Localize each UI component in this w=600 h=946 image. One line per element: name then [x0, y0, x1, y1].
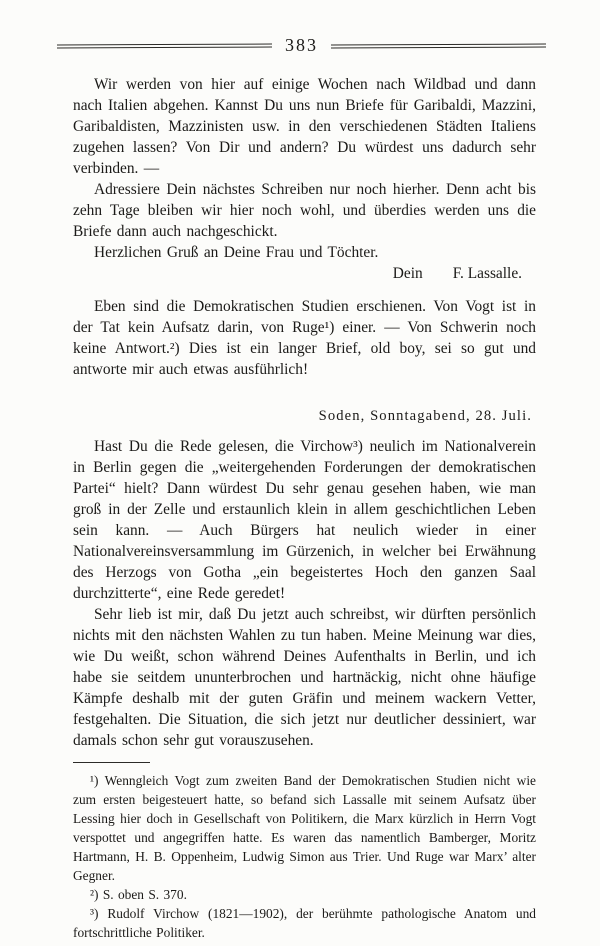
page-header: 383: [57, 36, 546, 56]
footnotes: ¹) Wenngleich Vogt zum zweiten Band der …: [73, 771, 536, 942]
footnote-separator: [73, 762, 150, 763]
dateline: Soden, Sonntagabend, 28. Juli.: [73, 406, 536, 427]
letter-text-block: Wir werden von hier auf einige Wochen na…: [73, 74, 536, 942]
header-rule-right: [331, 44, 546, 49]
letter-paragraph-adressiere: Adressiere Dein nächstes Schreiben nur n…: [73, 179, 536, 242]
letter-paragraph-studien: Eben sind die Demokratischen Studien ers…: [73, 296, 536, 380]
header-rule-left: [57, 44, 272, 49]
footnote-2: ²) S. oben S. 370.: [73, 885, 536, 904]
footnote-1: ¹) Wenngleich Vogt zum zweiten Band der …: [73, 771, 536, 885]
letter-paragraph-wildbad: Wir werden von hier auf einige Wochen na…: [73, 74, 536, 179]
signature-name: F. Lassalle.: [453, 265, 522, 282]
letter-paragraph-virchow: Hast Du die Rede gelesen, die Virchow³) …: [73, 436, 536, 604]
footnote-3: ³) Rudolf Virchow (1821—1902), der berüh…: [73, 904, 536, 942]
letter-paragraph-wahlen: Sehr lieb ist mir, daß Du jetzt auch sch…: [73, 604, 536, 751]
signature-salutation: Dein: [393, 265, 423, 282]
page-number: 383: [285, 36, 318, 56]
letter-paragraph-gruss: Herzlichen Gruß an Deine Frau und Töchte…: [73, 242, 536, 263]
scanned-book-page: 383 Wir werden von hier auf einige Woche…: [0, 0, 600, 946]
signature-line: DeinF. Lassalle.: [73, 263, 536, 284]
